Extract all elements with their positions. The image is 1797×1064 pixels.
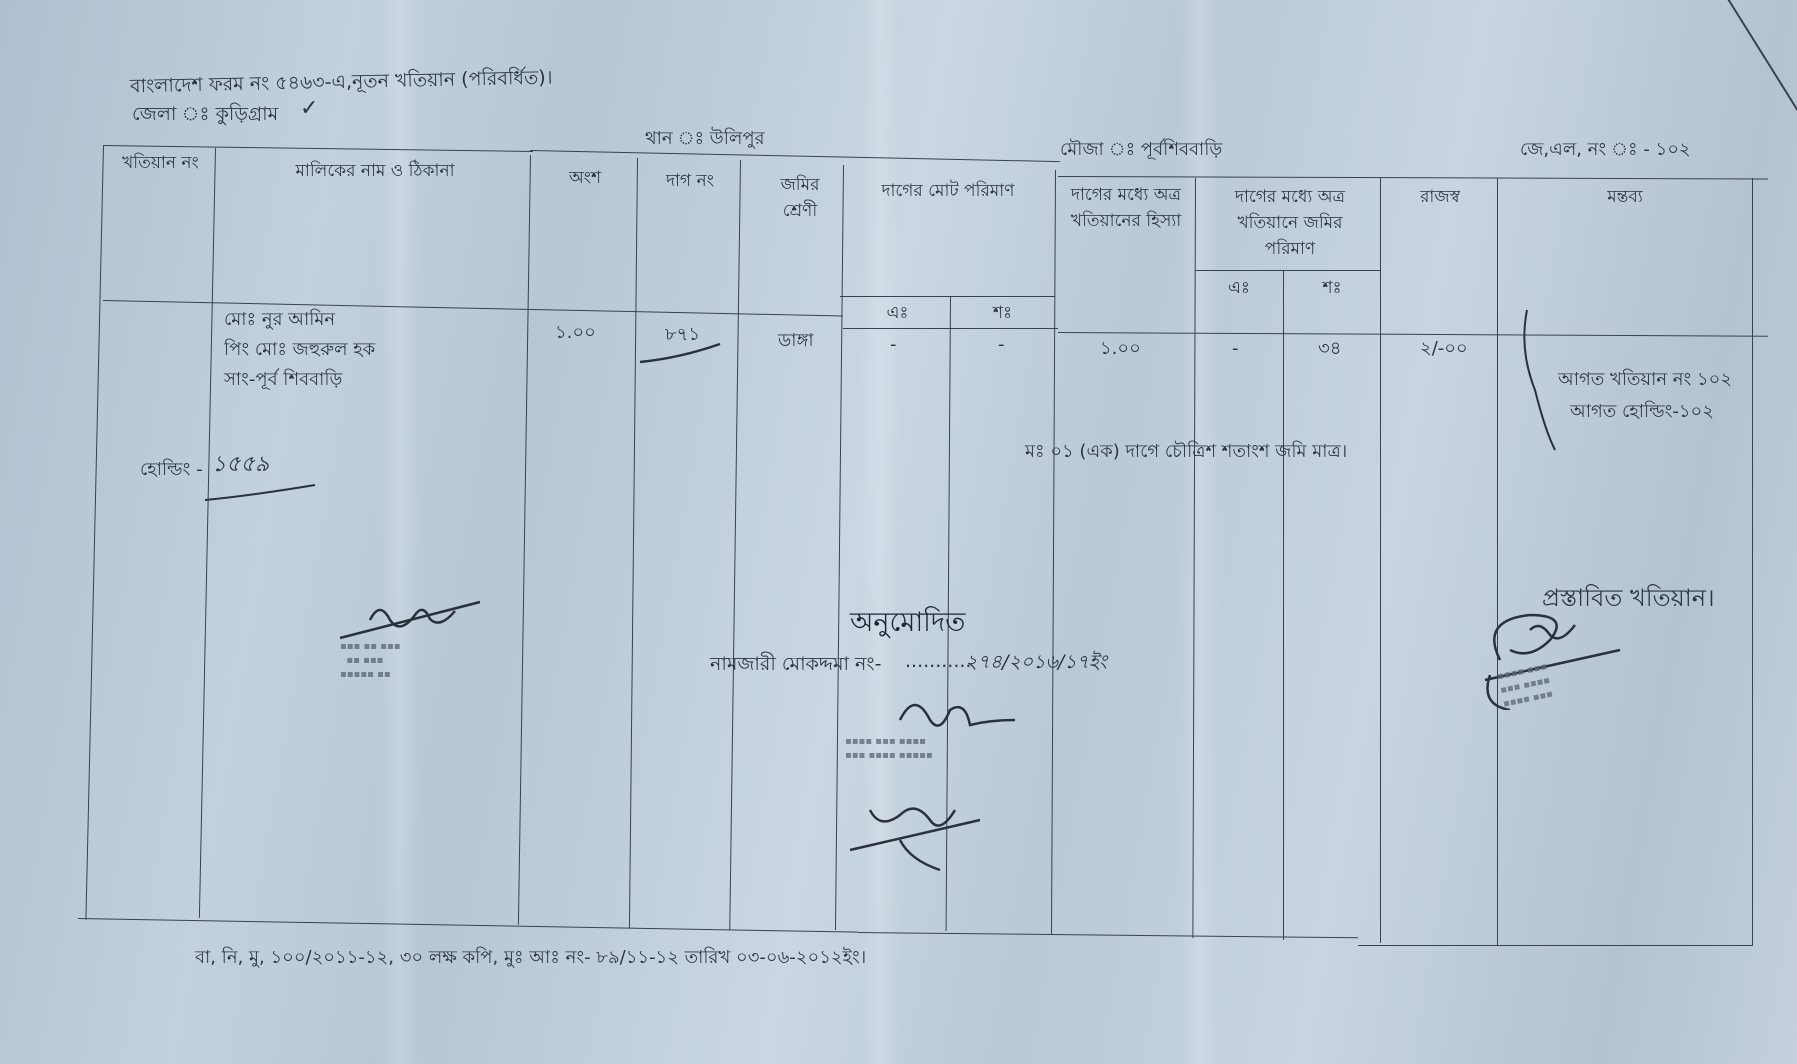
header-dag-total-decimal: শঃ [955, 300, 1050, 326]
case-label: নামজারী মোকদ্দমা নং- [710, 650, 881, 682]
owner-name: মোঃ নুর আমিন [224, 305, 335, 335]
header-khatian-land: দাগের মধ্যে অত্র খতিয়ানে জমির পরিমাণ [1210, 184, 1370, 262]
jl-number: জে,এল, নং ঃ - ১০২ [1520, 135, 1691, 166]
paper-fold [860, 0, 900, 1064]
table-border-bottom [78, 918, 858, 933]
khatian-share-value: ১.০০ [1100, 334, 1141, 364]
header-dag-no: দাগ নং [640, 168, 740, 194]
col-line [85, 145, 104, 920]
khatian-land-decimal-value: ৩৪ [1318, 334, 1341, 364]
header-owner: মালিকের নাম ও ঠিকানা [220, 158, 530, 184]
remarks-bracket [1515, 305, 1565, 455]
total-note: মঃ ০১ (এক) দাগে চৌত্রিশ শতাংশ জমি মাত্র। [1025, 437, 1347, 467]
col-line [729, 160, 741, 930]
owner-father: পিং মোঃ জহুরুল হক [224, 335, 375, 365]
khatian-land-acre-value: - [1232, 334, 1239, 364]
header-khatian-land-acre: এঃ [1198, 275, 1280, 301]
subheader-line [1195, 270, 1380, 271]
share-value: ১.০০ [555, 318, 596, 348]
col-line [518, 155, 531, 925]
col-line [1380, 178, 1381, 943]
header-revenue: রাজস্ব [1385, 184, 1495, 210]
mouza-label: মৌজা ঃ পূর্বশিববাড়ি [1060, 135, 1222, 166]
header-dag-total: দাগের মোট পরিমাণ [848, 178, 1048, 204]
col-line [1192, 178, 1196, 938]
case-dots: ........... [905, 650, 971, 672]
header-share: অংশ [535, 165, 635, 191]
remarks-line-2: আগত হোল্ডিং-১০২ [1570, 397, 1714, 427]
seal-center: ▪▪▪▪ ▪▪▪ ▪▪▪▪▪▪▪ ▪▪▪▪ ▪▪▪▪▪ [845, 735, 933, 763]
khatian-document: বাংলাদেশ ফরম নং ৫৪৬৩-এ,নূতন খতিয়ান (পরি… [0, 0, 1797, 1064]
holding-label: হোল্ডিং - [140, 455, 203, 485]
header-khatian-land-decimal: শঃ [1286, 275, 1378, 301]
header-remarks: মন্তব্য [1500, 184, 1750, 210]
land-class-value: ডাঙ্গা [778, 326, 814, 356]
seal-left: ▪▪▪ ▪▪ ▪▪▪ ▪▪ ▪▪▪▪▪▪▪▪ ▪▪ [340, 640, 401, 682]
dag-total-acre-value: - [890, 330, 897, 360]
print-footer: বা, নি, মু, ১০০/২০১১-১২, ৩০ লক্ষ কপি, মু… [195, 943, 866, 974]
remarks-line-1: আগত খতিয়ান নং ১০২ [1558, 365, 1732, 395]
owner-address: সাং-পূর্ব শিববাড়ি [224, 365, 342, 395]
header-khatian-share: দাগের মধ্যে অত্র খতিয়ানের হিস্যা [1060, 182, 1192, 234]
table-border-bottom [1358, 945, 1753, 946]
table-border-top [530, 150, 1060, 162]
col-line [629, 158, 638, 928]
col-line [199, 148, 216, 918]
col-line [1283, 270, 1284, 940]
col-line [1752, 178, 1753, 946]
header-bottom-line [103, 300, 843, 316]
subheader-line [840, 296, 1055, 297]
approved-stamp: অনুমোদিত [850, 602, 965, 647]
signature-officer [840, 780, 990, 880]
case-number: ২৭৪/২০১৬/১৭ইং [965, 648, 1107, 680]
header-dag-total-acre: এঃ [850, 300, 945, 326]
dag-underline [635, 340, 725, 370]
revenue-value: ২/-০০ [1420, 334, 1468, 364]
col-line [1051, 170, 1056, 935]
dag-total-decimal-value: - [998, 330, 1005, 360]
header-land-class: জমির শ্রেণী [770, 172, 830, 224]
holding-value: ১৫৫৯ [212, 450, 269, 480]
tick-mark: ✓ [300, 96, 318, 121]
district-label: জেলা ঃ কুড়িগ্রাম [132, 100, 278, 132]
table-border-top [1058, 176, 1768, 179]
form-title: বাংলাদেশ ফরম নং ৫৪৬৩-এ,নূতন খতিয়ান (পরি… [130, 64, 553, 105]
holding-underline [200, 480, 320, 510]
header-khatian-no: খতিয়ান নং [108, 150, 213, 176]
header-bottom-line [1058, 332, 1768, 337]
thana-label: থান ঃ উলিপুর [645, 124, 764, 155]
col-line [1497, 178, 1498, 946]
